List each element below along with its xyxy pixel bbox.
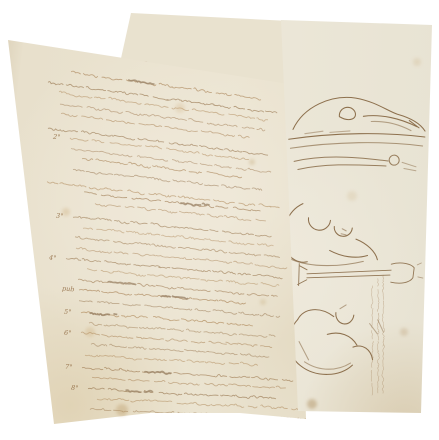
vertical-note-line [368,272,376,408]
foxing-spot [260,299,266,305]
margin-marker: pub [62,285,75,294]
foxing-spot [116,404,128,416]
reclining-figure-partial-sketch [294,152,416,172]
foxing-spot [85,327,95,337]
candelabrum-sketch [298,260,424,289]
reclining-figure-top-sketch [288,96,425,152]
foxing-spot [413,58,421,66]
margin-marker: 4° [48,254,56,263]
reclining-figure-middle-sketch [283,203,379,267]
foxing-spot [347,191,357,201]
foxing-spot [249,159,255,165]
margin-marker: 8° [70,383,78,392]
foxing-spot [307,399,317,409]
margin-marker: 6° [64,329,72,338]
margin-marker: 5° [64,308,72,317]
margin-marker: 2° [53,133,61,142]
vertical-marginalia [369,258,387,408]
margin-marker: 7° [65,362,73,371]
foxing-spot [175,103,185,113]
photo-of-manuscripts: 2°3°4°pub5°6°7°8° [0,0,439,440]
foxing-spot [62,208,70,216]
foxing-spot [400,328,408,336]
